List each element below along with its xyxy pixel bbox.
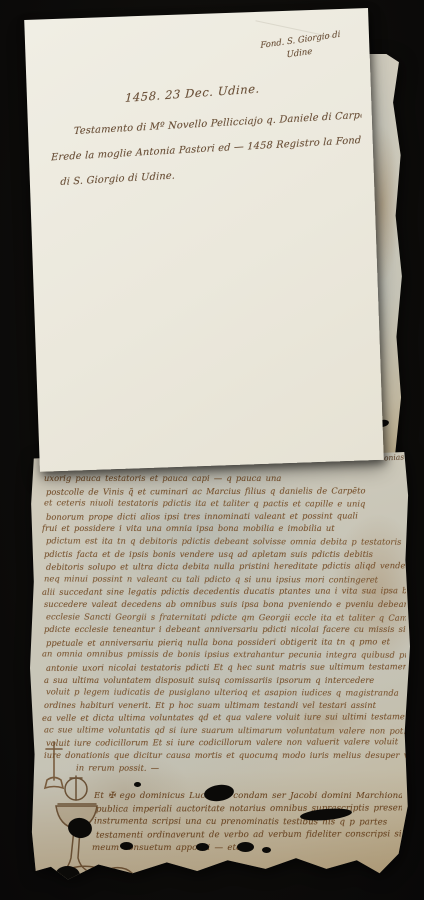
- manuscript-line: voluit iure codicillorum Et si iure codi…: [46, 736, 406, 750]
- manuscript-line: frui et possidere i vita una omnia ipsa …: [42, 522, 406, 535]
- notary-line: testamenti ordinaverunt de verbo ad verb…: [96, 828, 402, 842]
- manuscript-line: voluit p legem iudicatis de pusiglano ul…: [46, 685, 406, 699]
- manuscript-line: pdicte ecclesie teneantur i debeant anni…: [44, 623, 406, 636]
- ink-hole: [134, 782, 141, 787]
- parchment-page: onias uxorig pauca testatoris et pauca c…: [30, 452, 410, 884]
- notary-line: instrumenta scripsi una cu prenominatis …: [94, 815, 402, 829]
- notary-line: Et ✠ ego dominicus Lucianus condam ser J…: [94, 790, 402, 803]
- archive-corner-note: Fond. S. Giorgio di Udine: [261, 29, 342, 66]
- manuscript-line: ea velle et dicta ultima voluntates qd e…: [42, 710, 406, 724]
- manuscript-line: debitoris solupo et ultra dicta debita n…: [46, 559, 406, 573]
- ink-hole: [237, 842, 254, 852]
- photo-stage: onias uxorig pauca testatoris et pauca c…: [0, 0, 424, 900]
- manuscript-line: uxorig pauca testatoris et pauca capi — …: [44, 472, 406, 485]
- date-heading: 1458. 23 Dec. Udine.: [125, 81, 260, 105]
- ink-hole: [55, 866, 80, 885]
- manuscript-line: succedere valeat decedens ab omnibus sui…: [44, 598, 406, 611]
- manuscript-line: in rerum possit. —: [46, 761, 406, 775]
- ink-hole: [262, 847, 271, 853]
- manuscript-line: iure donationis que dicitur causa mortis…: [44, 749, 406, 762]
- ink-hole: [196, 843, 209, 851]
- manuscript-line: bonorum prope dicti alios ipsi tres inno…: [46, 509, 406, 523]
- manuscript-body: uxorig pauca testatoris et pauca capi — …: [44, 472, 406, 774]
- manuscript-line: pdictis facta et de ipsis bonis vendere …: [44, 548, 406, 561]
- notary-line: publica imperiali auctoritate notarius o…: [96, 802, 402, 816]
- manuscript-line: antonie uxori nicolai testatoris pdicti …: [46, 660, 406, 674]
- manuscript-line: et ceteris niuoli testatoris pdictis ita…: [44, 497, 406, 511]
- manuscript-line: a sua ultima voluntatem disposuit suisq …: [44, 674, 406, 687]
- parchment-edge-note: onias: [384, 452, 405, 462]
- manuscript-line: ordines habituri venerit. Et p hoc suam …: [44, 699, 406, 712]
- summary-note: Testamento di Mº Novello Pellicciajo q. …: [50, 103, 362, 196]
- manuscript-line: alii succedant sine legatis pdictis dece…: [42, 585, 406, 599]
- cover-sheet: Fond. S. Giorgio di Udine 1458. 23 Dec. …: [24, 8, 384, 472]
- manuscript-line: ecclesie Sancti Georgii s fraternitati p…: [46, 610, 406, 624]
- manuscript-line: pdictum est ita tn q debitoris pdictis d…: [46, 534, 406, 548]
- ink-hole: [120, 842, 133, 850]
